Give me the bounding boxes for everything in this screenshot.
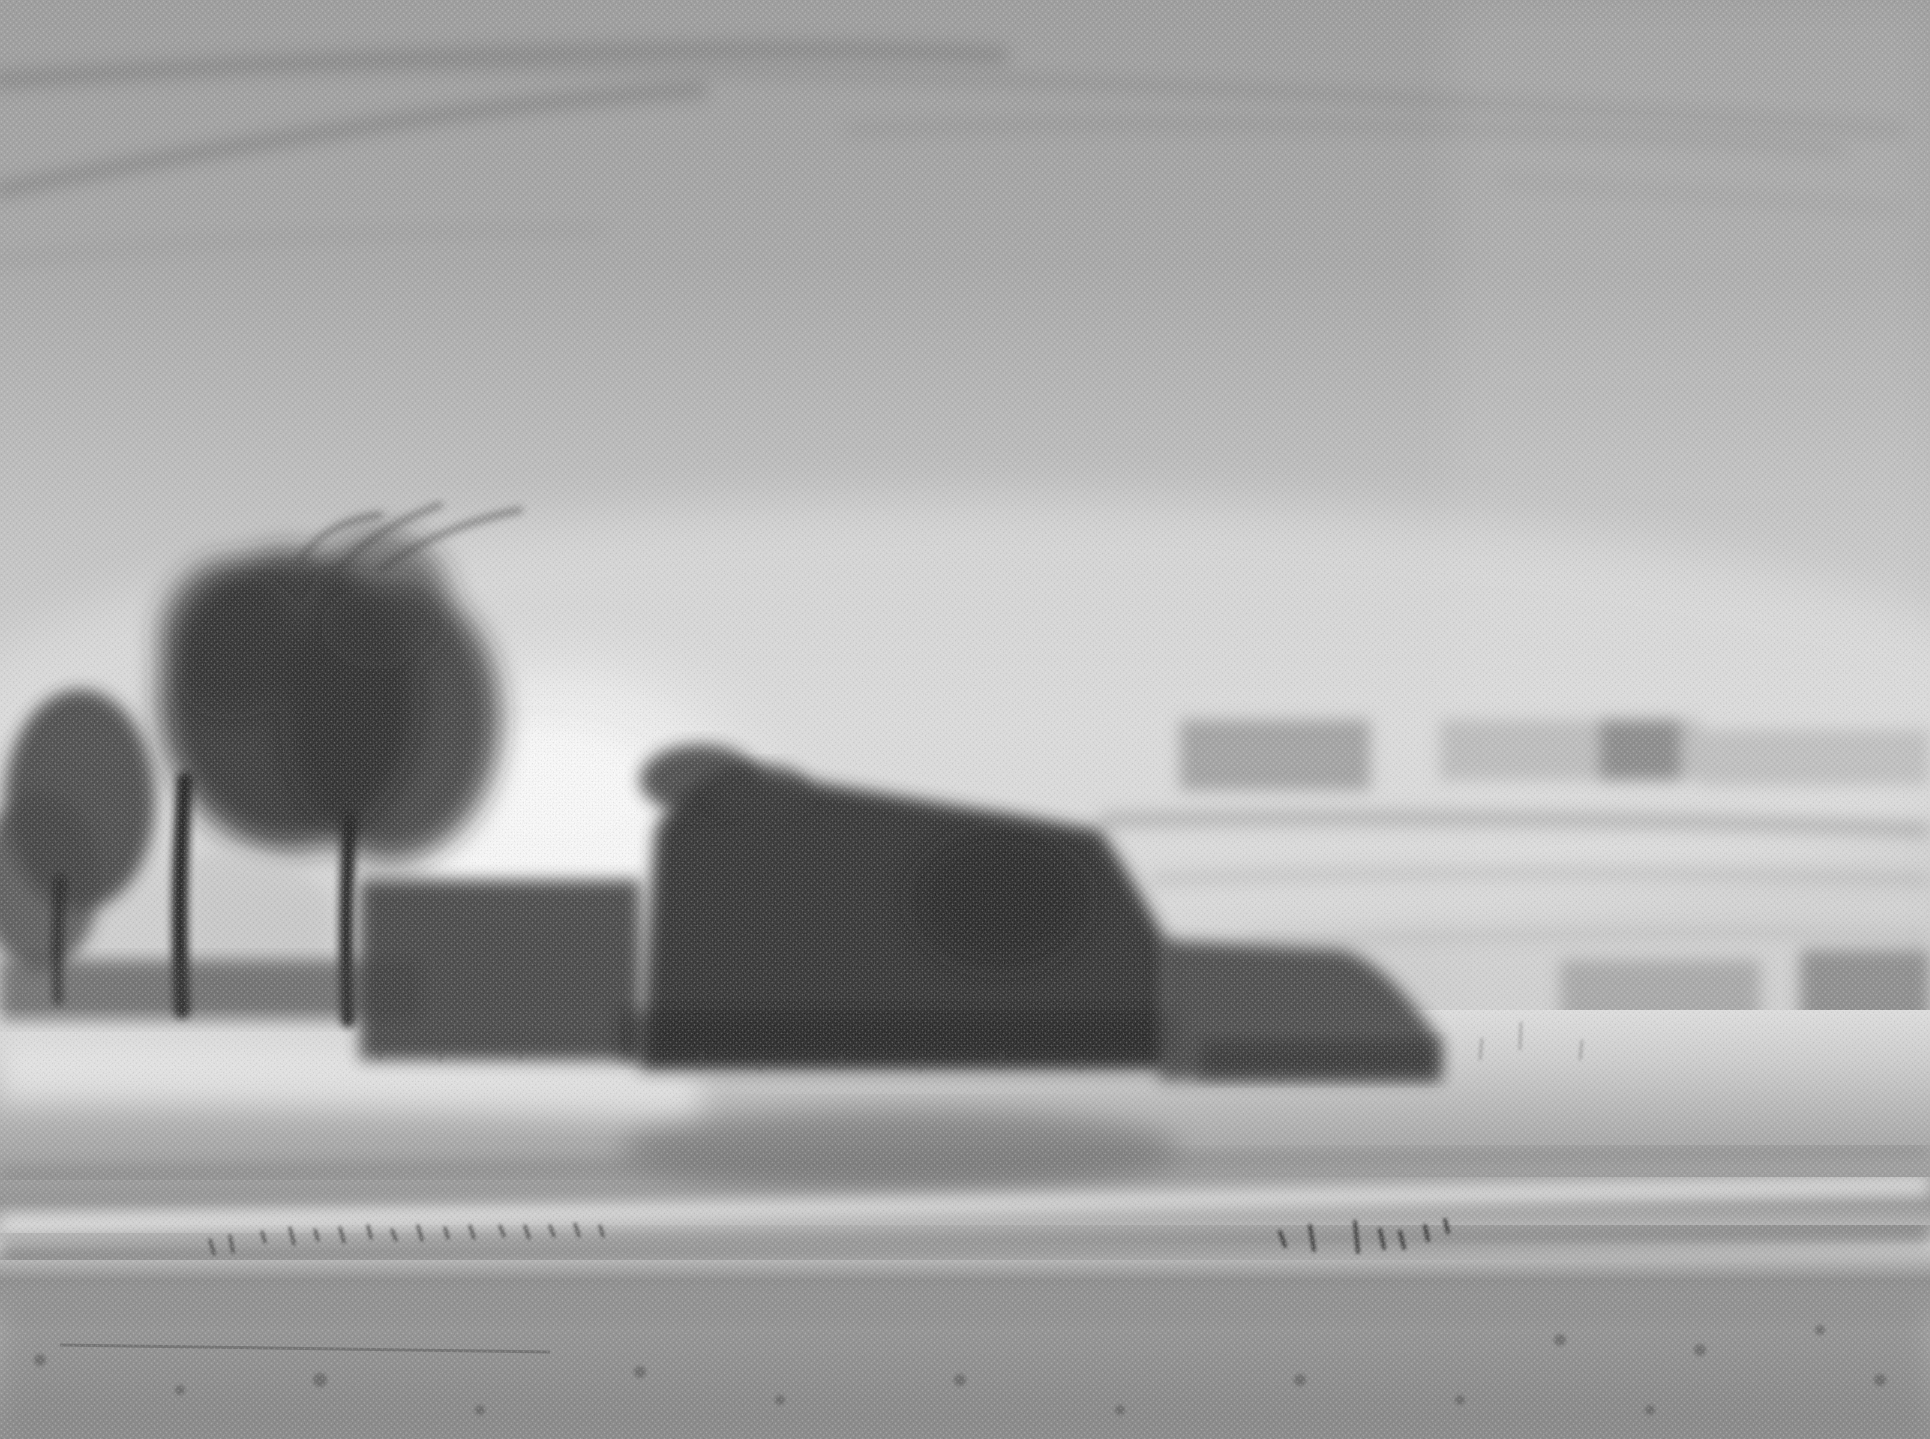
landscape-painting: Monochrome landscape painting on canvas xyxy=(0,0,1930,1439)
painting-canvas xyxy=(0,0,1930,1439)
canvas-grain xyxy=(0,0,1930,1439)
